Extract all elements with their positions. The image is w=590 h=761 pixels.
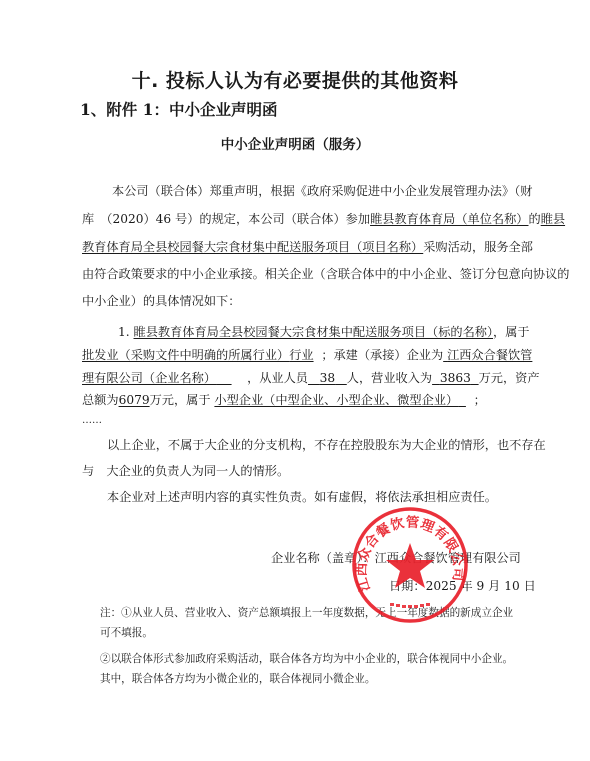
assets-value: 6079	[119, 393, 150, 407]
date-label: 日期：	[389, 579, 426, 593]
project-name: 教育体育局全县校园餐大宗食材集中配送服务项目（项目名称）	[82, 240, 423, 254]
item-1-line-2: 批发业（采购文件中明确的所属行业）行业 ；承建（承接）企业为 江西众合餐饮管	[82, 347, 532, 363]
item-1-line-4: 总额为6079万元，属于 小型企业（中型企业、小型企业、微型企业） ；	[82, 392, 486, 408]
text: 的	[529, 212, 541, 226]
item-1-line-3: 理有限公司（企业名称） ，从业人员 38 人，营业收入为 3863 万元，资产	[82, 370, 540, 386]
paragraph-1-line-5: 中小企业）的具体情况如下：	[82, 293, 240, 309]
item-1-line-1: 1. 睢县教育体育局全县校园餐大宗食材集中配送服务项目（标的名称），属于	[118, 324, 530, 340]
text: 理有限公司（企业名称）	[82, 371, 216, 385]
text: ，从业人员	[247, 371, 308, 385]
text: 万元，属于	[150, 393, 211, 407]
revenue-value: 3863	[432, 371, 479, 385]
text: ，属于	[493, 325, 530, 339]
company-name-part-1: 江西众合餐饮管	[443, 348, 532, 362]
text: 小型企业（中型企业、小型企业、微型企业）	[214, 393, 458, 407]
industry: 批发业（采购文件中明确的所属行业）	[82, 348, 289, 362]
company-name: 江西众合餐饮管理有限公司	[375, 551, 521, 565]
text: 与 大企业的负责人为同一人的情形。	[82, 464, 289, 478]
ellipsis: ……	[82, 413, 102, 429]
date-value: 2025 年 9 月 10 日	[426, 579, 536, 593]
text: 38	[320, 371, 336, 385]
company-label: 企业名称（盖章）：	[271, 551, 375, 565]
text: 3863	[440, 371, 471, 385]
signature-date-line: 日期：2025 年 9 月 10 日	[389, 578, 536, 594]
paragraph-1-line-2: 库 （2020）46 号）的规定，本公司（联合体）参加睢县教育体育局（单位名称）…	[82, 211, 565, 227]
text: 总额为	[82, 393, 119, 407]
text: ；承建（承接）企业为	[321, 348, 443, 362]
employees-value: 38	[308, 371, 347, 385]
note-2-line-2: 其中，联合体各方均为小微企业的，联合体视同小微企业。	[100, 672, 375, 686]
text: 由符合政策要求的中小企业承接。相关企业（含联合体中的中小企业、签订分包意向协议的	[82, 267, 570, 281]
text: 以上企业，不属于大企业的分支机构，不存在控股股东为大企业的情形，也不存在	[107, 438, 546, 452]
text: 万元，资产	[479, 371, 540, 385]
text: 中小企业）的具体情况如下：	[82, 294, 240, 308]
paragraph-2-line-1: 以上企业，不属于大企业的分支机构，不存在控股股东为大企业的情形，也不存在	[107, 437, 546, 453]
text: 人，营业收入为	[347, 371, 432, 385]
form-title: 中小企业声明函（服务）	[0, 133, 590, 153]
text: 本企业对上述声明内容的真实性负责。如有虚假，将依法承担相应责任。	[107, 490, 497, 504]
enterprise-size: 小型企业（中型企业、小型企业、微型企业）	[214, 393, 466, 407]
document-page: 十. 投标人认为有必要提供的其他资料 1、附件 1：中小企业声明函 中小企业声明…	[0, 0, 590, 761]
text: 采购活动，服务全部	[423, 240, 533, 254]
industry-suffix: 行业	[289, 348, 313, 362]
text: ；	[474, 393, 486, 407]
signature-company-line: 企业名称（盖章）：江西众合餐饮管理有限公司	[271, 550, 521, 566]
paragraph-1-line-4: 由符合政策要求的中小企业承接。相关企业（含联合体中的中小企业、签订分包意向协议的	[82, 266, 570, 282]
text: 本公司（联合体）郑重声明，根据《政府采购促进中小企业发展管理办法》（财	[112, 184, 532, 198]
paragraph-2-line-2: 与 大企业的负责人为同一人的情形。	[82, 463, 289, 479]
text: 库 （2020）46 号）的规定，本公司（联合体）参加	[82, 212, 370, 226]
paragraph-1-line-3: 教育体育局全县校园餐大宗食材集中配送服务项目（项目名称）采购活动，服务全部	[82, 239, 533, 255]
paragraph-1-line-1: 本公司（联合体）郑重声明，根据《政府采购促进中小企业发展管理办法》（财	[112, 183, 532, 199]
company-name-part-2: 理有限公司（企业名称）	[82, 371, 232, 385]
text: 江西众合餐饮管	[447, 348, 532, 362]
item-number: 1.	[118, 325, 134, 339]
subject-name: 睢县教育体育局全县校园餐大宗食材集中配送服务项目（标的名称）	[134, 325, 494, 339]
note-1-line-1: 注：①从业人员、营业收入、资产总额填报上一年度数据，无上一年度数据的新成立企业	[100, 606, 513, 620]
note-1-line-2: 可不填报。	[100, 626, 153, 640]
project-name-start: 睢县	[541, 212, 565, 226]
purchaser-name: 睢县教育体育局（单位名称）	[370, 212, 528, 226]
note-2-line-1: ②以联合体形式参加政府采购活动，联合体各方均为中小企业的，联合体视同中小企业。	[100, 652, 513, 666]
subsection-title: 1、附件 1：中小企业声明函	[80, 98, 277, 120]
paragraph-3: 本企业对上述声明内容的真实性负责。如有虚假，将依法承担相应责任。	[107, 489, 497, 505]
section-title: 十. 投标人认为有必要提供的其他资料	[0, 66, 590, 93]
